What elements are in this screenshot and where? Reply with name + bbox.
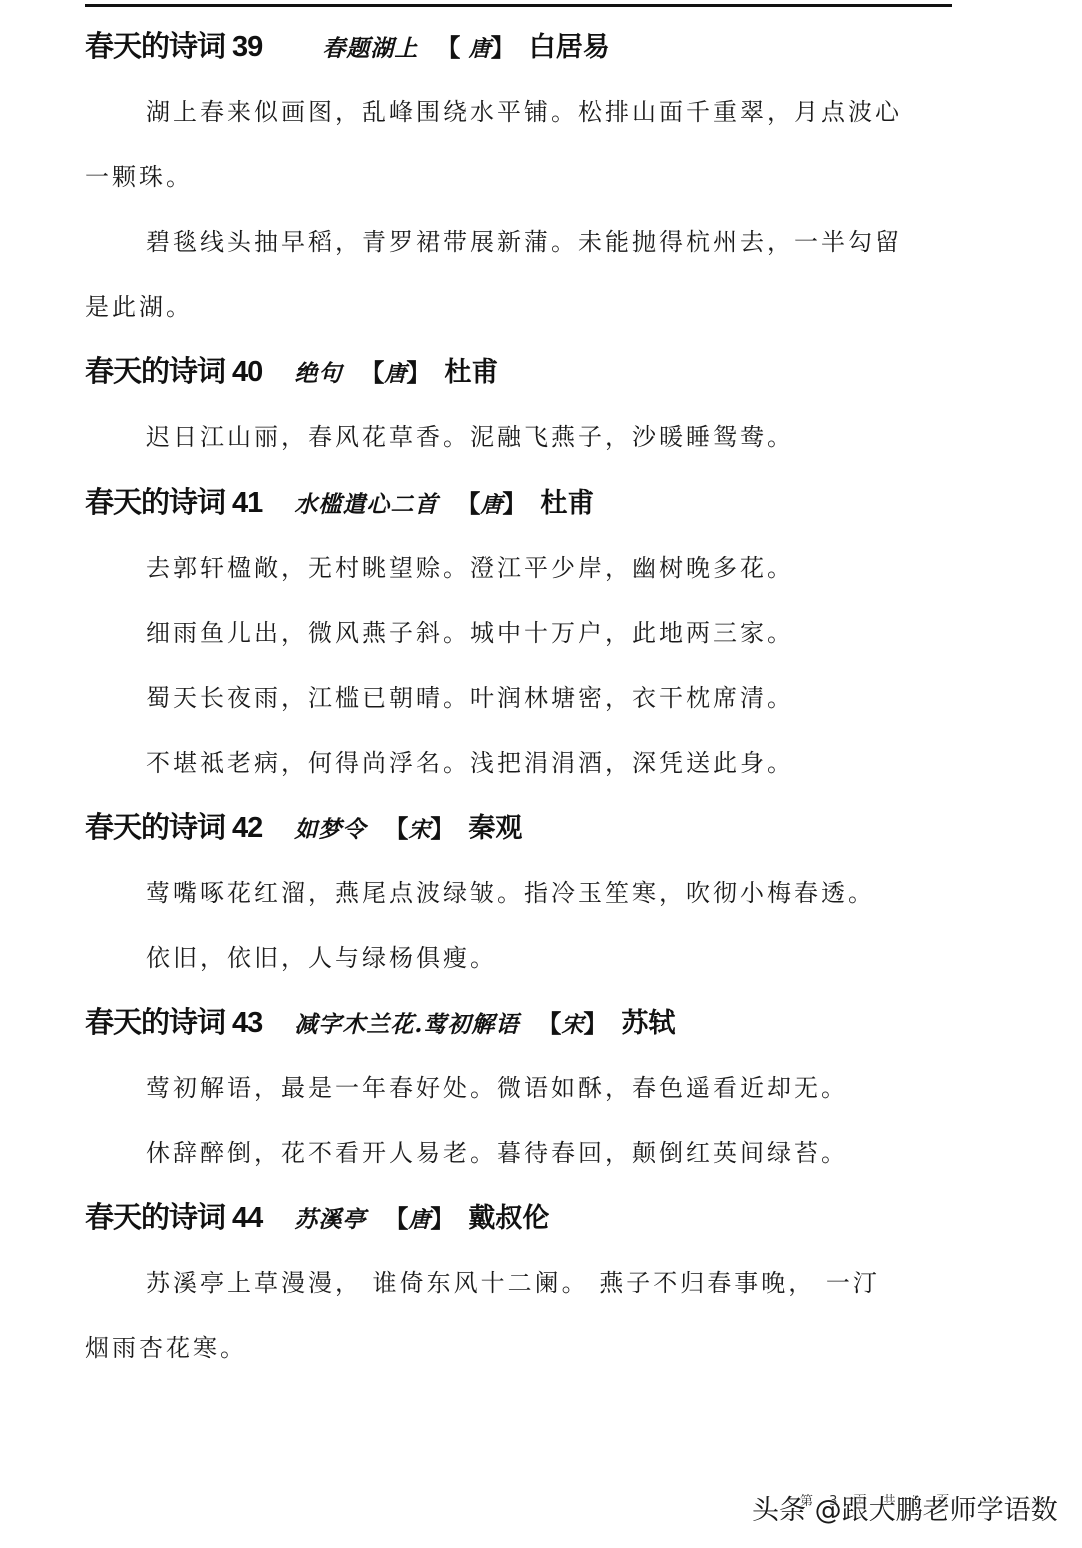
watermark: 头条 @跟大鹏老师学语数 [752,1488,1058,1527]
poem-line: 不堪祗老病，何得尚浮名。浅把涓涓酒，深凭送此身。 [146,743,794,778]
poem-line: 莺初解语，最是一年春好处。微语如酥，春色遥看近却无。 [146,1068,848,1103]
poem-number-label: 春天的诗词 42 [85,805,262,846]
poem-title: 绝句 [294,355,342,388]
poem-author: 秦观 [468,806,522,845]
poem-title: 减字木兰花.莺初解语 [294,1006,519,1039]
poem-author: 戴叔伦 [468,1196,549,1235]
poem-number-label: 春天的诗词 40 [85,349,262,390]
poem-line: 依旧，依旧，人与绿杨俱瘦。 [146,938,497,973]
poem-line: 一颗珠。 [85,157,193,192]
poem-author: 白居易 [529,25,610,64]
poem-heading-40: 春天的诗词 40 绝句 【唐】 杜甫 [85,349,498,390]
poem-line: 莺嘴啄花红溜，燕尾点波绿皱。指冷玉笙寒，吹彻小梅春透。 [146,873,875,908]
poem-heading-41: 春天的诗词 41 水槛遣心二首 【唐】 杜甫 [85,480,594,521]
poem-line: 是此湖。 [85,287,193,322]
poem-line: 去郭轩楹敞，无村眺望赊。澄江平少岸，幽树晚多花。 [146,548,794,583]
poem-heading-39: 春天的诗词 39 春题湖上 【 唐】 白居易 [85,24,610,65]
poem-line: 碧毯线头抽早稻，青罗裙带展新蒲。未能抛得杭州去，一半勾留 [146,222,902,257]
poem-heading-42: 春天的诗词 42 如梦令 【宋】 秦观 [85,805,522,846]
poem-line: 细雨鱼儿出，微风燕子斜。城中十万户，此地两三家。 [146,613,794,648]
poem-number-label: 春天的诗词 41 [85,480,262,521]
poem-title: 水槛遣心二首 [294,486,438,519]
poem-line: 迟日江山丽，春风花草香。泥融飞燕子，沙暖睡鸳鸯。 [146,417,794,452]
header-rule [85,4,952,7]
poem-heading-43: 春天的诗词 43 减字木兰花.莺初解语 【宋】 苏轼 [85,1000,675,1041]
poem-number-label: 春天的诗词 39 [85,24,262,65]
poem-author: 杜甫 [444,350,498,389]
poem-line: 烟雨杏花寒。 [85,1328,247,1363]
poem-author: 杜甫 [540,481,594,520]
poem-number-label: 春天的诗词 44 [85,1195,262,1236]
poem-title: 苏溪亭 [294,1201,366,1234]
poem-dynasty: 【唐】 [360,353,430,388]
poem-heading-44: 春天的诗词 44 苏溪亭 【唐】 戴叔伦 [85,1195,549,1236]
poem-line: 休辞醉倒，花不看开人易老。暮待春回，颠倒红英间绿苔。 [146,1133,848,1168]
poem-number-label: 春天的诗词 43 [85,1000,262,1041]
poem-author: 苏轼 [621,1001,675,1040]
poem-dynasty: 【宋】 [384,809,454,844]
poem-dynasty: 【唐】 [384,1199,454,1234]
poem-title: 春题湖上 [322,30,418,63]
poem-line: 湖上春来似画图，乱峰围绕水平铺。松排山面千重翠，月点波心 [146,92,902,127]
poem-dynasty: 【唐】 [456,484,526,519]
poem-line: 苏溪亭上草漫漫， 谁倚东风十二阑。 燕子不归春事晚， 一汀 [146,1263,880,1298]
poem-dynasty: 【宋】 [537,1004,607,1039]
poem-dynasty: 【 唐】 [436,28,514,63]
poem-title: 如梦令 [294,811,366,844]
poem-line: 蜀天长夜雨，江槛已朝晴。叶润林塘密，衣干枕席清。 [146,678,794,713]
